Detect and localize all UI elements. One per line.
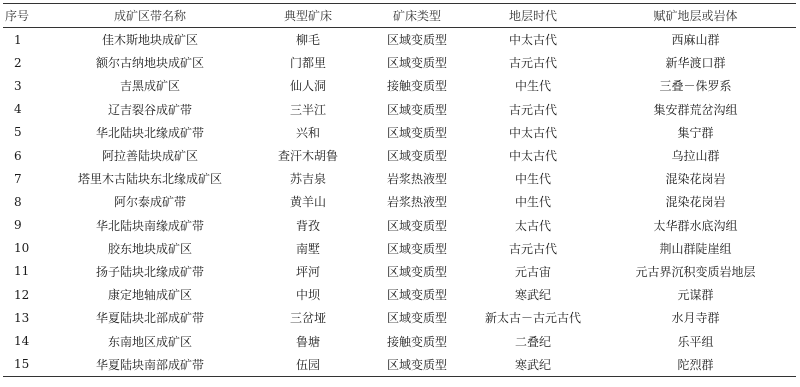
cell-typical-deposit: 鲁塘	[253, 329, 363, 352]
cell-deposit-type: 岩浆热液型	[363, 190, 471, 213]
table-row: 13华夏陆块北部成矿带三岔垭区域变质型新太古－古元古代水月寺群	[3, 306, 796, 329]
cell-deposit-type: 接触变质型	[363, 74, 471, 97]
cell-deposit-type: 区域变质型	[363, 98, 471, 121]
cell-belt-name: 吉黑成矿区	[47, 74, 253, 97]
cell-strata-age: 中生代	[471, 190, 595, 213]
table-row: 4辽吉裂谷成矿带三半江区域变质型古元古代集安群荒岔沟组	[3, 98, 796, 121]
cell-index: 4	[3, 98, 47, 121]
cell-host-strata: 元谋群	[595, 283, 796, 306]
cell-host-strata: 新华渡口群	[595, 51, 796, 74]
cell-host-strata: 西麻山群	[595, 28, 796, 52]
cell-index: 2	[3, 51, 47, 74]
table-row: 7塔里木古陆块东北缘成矿区苏吉泉岩浆热液型中生代混染花岗岩	[3, 167, 796, 190]
cell-strata-age: 古元古代	[471, 237, 595, 260]
cell-index: 7	[3, 167, 47, 190]
cell-strata-age: 寒武纪	[471, 353, 595, 377]
cell-index: 14	[3, 329, 47, 352]
cell-host-strata: 水月寺群	[595, 306, 796, 329]
table-row: 12康定地轴成矿区中坝区域变质型寒武纪元谋群	[3, 283, 796, 306]
cell-deposit-type: 区域变质型	[363, 237, 471, 260]
cell-host-strata: 集安群荒岔沟组	[595, 98, 796, 121]
cell-strata-age: 中太古代	[471, 121, 595, 144]
cell-belt-name: 康定地轴成矿区	[47, 283, 253, 306]
cell-typical-deposit: 中坝	[253, 283, 363, 306]
cell-strata-age: 寒武纪	[471, 283, 595, 306]
table-row: 15华夏陆块南部成矿带伍园区域变质型寒武纪陀烈群	[3, 353, 796, 377]
cell-typical-deposit: 查汗木胡鲁	[253, 144, 363, 167]
cell-index: 12	[3, 283, 47, 306]
cell-typical-deposit: 背孜	[253, 214, 363, 237]
cell-deposit-type: 区域变质型	[363, 353, 471, 377]
cell-typical-deposit: 坪河	[253, 260, 363, 283]
cell-belt-name: 额尔古纳地块成矿区	[47, 51, 253, 74]
cell-typical-deposit: 兴和	[253, 121, 363, 144]
cell-belt-name: 华北陆块北缘成矿带	[47, 121, 253, 144]
cell-index: 13	[3, 306, 47, 329]
header-row: 序号 成矿区带名称 典型矿床 矿床类型 地层时代 赋矿地层或岩体	[3, 4, 796, 28]
cell-deposit-type: 区域变质型	[363, 214, 471, 237]
cell-strata-age: 太古代	[471, 214, 595, 237]
cell-belt-name: 佳木斯地块成矿区	[47, 28, 253, 52]
cell-deposit-type: 区域变质型	[363, 283, 471, 306]
table-row: 1佳木斯地块成矿区柳毛区域变质型中太古代西麻山群	[3, 28, 796, 52]
cell-typical-deposit: 门都里	[253, 51, 363, 74]
cell-host-strata: 荆山群陡崖组	[595, 237, 796, 260]
graphite-deposit-table: 序号 成矿区带名称 典型矿床 矿床类型 地层时代 赋矿地层或岩体 1佳木斯地块成…	[3, 3, 796, 377]
cell-deposit-type: 区域变质型	[363, 306, 471, 329]
cell-index: 10	[3, 237, 47, 260]
cell-host-strata: 乐平组	[595, 329, 796, 352]
cell-host-strata: 陀烈群	[595, 353, 796, 377]
cell-typical-deposit: 三半江	[253, 98, 363, 121]
cell-strata-age: 古元古代	[471, 98, 595, 121]
cell-belt-name: 华夏陆块南部成矿带	[47, 353, 253, 377]
header-host-strata: 赋矿地层或岩体	[595, 4, 796, 28]
cell-strata-age: 中生代	[471, 74, 595, 97]
cell-host-strata: 元古界沉积变质岩地层	[595, 260, 796, 283]
cell-index: 1	[3, 28, 47, 52]
cell-deposit-type: 岩浆热液型	[363, 167, 471, 190]
table-row: 2额尔古纳地块成矿区门都里区域变质型古元古代新华渡口群	[3, 51, 796, 74]
header-strata-age: 地层时代	[471, 4, 595, 28]
cell-typical-deposit: 柳毛	[253, 28, 363, 52]
header-typical-deposit: 典型矿床	[253, 4, 363, 28]
cell-index: 5	[3, 121, 47, 144]
cell-strata-age: 古元古代	[471, 51, 595, 74]
table-row: 11扬子陆块北缘成矿带坪河区域变质型元古宙元古界沉积变质岩地层	[3, 260, 796, 283]
cell-strata-age: 新太古－古元古代	[471, 306, 595, 329]
cell-host-strata: 太华群水底沟组	[595, 214, 796, 237]
cell-host-strata: 集宁群	[595, 121, 796, 144]
cell-typical-deposit: 伍园	[253, 353, 363, 377]
cell-index: 6	[3, 144, 47, 167]
cell-typical-deposit: 南墅	[253, 237, 363, 260]
cell-deposit-type: 区域变质型	[363, 260, 471, 283]
table-row: 9华北陆块南缘成矿带背孜区域变质型太古代太华群水底沟组	[3, 214, 796, 237]
cell-belt-name: 胶东地块成矿区	[47, 237, 253, 260]
table-row: 3吉黑成矿区仙人洞接触变质型中生代三叠－侏罗系	[3, 74, 796, 97]
header-index: 序号	[3, 4, 47, 28]
cell-index: 8	[3, 190, 47, 213]
cell-typical-deposit: 黄羊山	[253, 190, 363, 213]
table-row: 10胶东地块成矿区南墅区域变质型古元古代荆山群陡崖组	[3, 237, 796, 260]
cell-belt-name: 华北陆块南缘成矿带	[47, 214, 253, 237]
cell-index: 11	[3, 260, 47, 283]
table-row: 8阿尔泰成矿带黄羊山岩浆热液型中生代混染花岗岩	[3, 190, 796, 213]
cell-belt-name: 阿拉善陆块成矿区	[47, 144, 253, 167]
cell-deposit-type: 区域变质型	[363, 28, 471, 52]
cell-host-strata: 乌拉山群	[595, 144, 796, 167]
cell-belt-name: 华夏陆块北部成矿带	[47, 306, 253, 329]
cell-strata-age: 中生代	[471, 167, 595, 190]
cell-deposit-type: 区域变质型	[363, 144, 471, 167]
cell-strata-age: 元古宙	[471, 260, 595, 283]
table-row: 14东南地区成矿区鲁塘接触变质型二叠纪乐平组	[3, 329, 796, 352]
cell-belt-name: 塔里木古陆块东北缘成矿区	[47, 167, 253, 190]
cell-deposit-type: 区域变质型	[363, 51, 471, 74]
cell-host-strata: 三叠－侏罗系	[595, 74, 796, 97]
deposit-table-container: 序号 成矿区带名称 典型矿床 矿床类型 地层时代 赋矿地层或岩体 1佳木斯地块成…	[3, 3, 796, 377]
cell-strata-age: 中太古代	[471, 28, 595, 52]
cell-deposit-type: 接触变质型	[363, 329, 471, 352]
cell-host-strata: 混染花岗岩	[595, 167, 796, 190]
cell-typical-deposit: 仙人洞	[253, 74, 363, 97]
cell-host-strata: 混染花岗岩	[595, 190, 796, 213]
cell-belt-name: 东南地区成矿区	[47, 329, 253, 352]
table-header: 序号 成矿区带名称 典型矿床 矿床类型 地层时代 赋矿地层或岩体	[3, 4, 796, 28]
table-body: 1佳木斯地块成矿区柳毛区域变质型中太古代西麻山群2额尔古纳地块成矿区门都里区域变…	[3, 28, 796, 377]
cell-index: 3	[3, 74, 47, 97]
header-belt-name: 成矿区带名称	[47, 4, 253, 28]
cell-typical-deposit: 苏吉泉	[253, 167, 363, 190]
cell-belt-name: 阿尔泰成矿带	[47, 190, 253, 213]
table-row: 5华北陆块北缘成矿带兴和区域变质型中太古代集宁群	[3, 121, 796, 144]
header-deposit-type: 矿床类型	[363, 4, 471, 28]
cell-strata-age: 中太古代	[471, 144, 595, 167]
cell-belt-name: 辽吉裂谷成矿带	[47, 98, 253, 121]
cell-index: 15	[3, 353, 47, 377]
table-row: 6阿拉善陆块成矿区查汗木胡鲁区域变质型中太古代乌拉山群	[3, 144, 796, 167]
cell-typical-deposit: 三岔垭	[253, 306, 363, 329]
cell-index: 9	[3, 214, 47, 237]
cell-strata-age: 二叠纪	[471, 329, 595, 352]
cell-belt-name: 扬子陆块北缘成矿带	[47, 260, 253, 283]
cell-deposit-type: 区域变质型	[363, 121, 471, 144]
